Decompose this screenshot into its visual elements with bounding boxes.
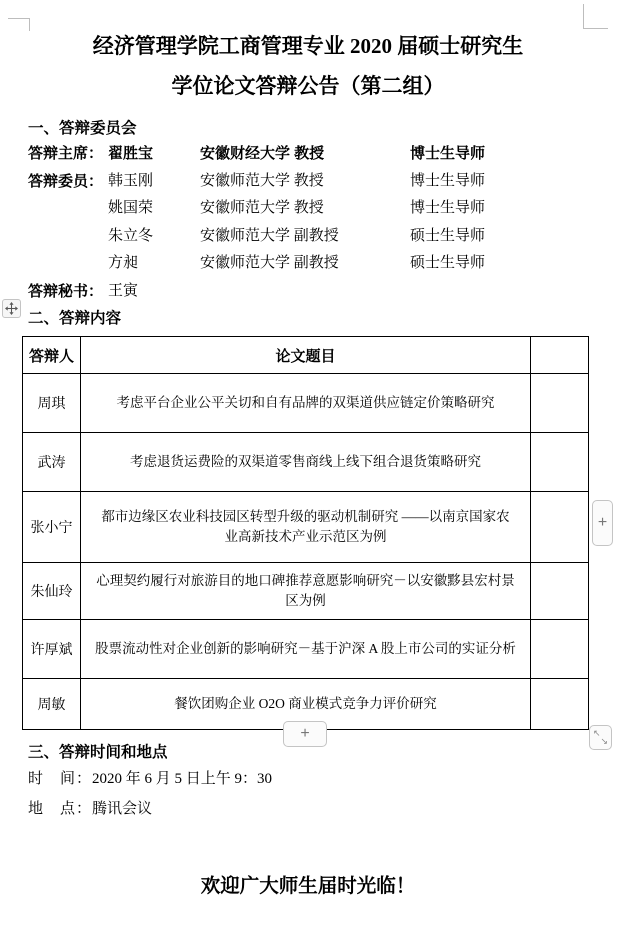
plus-icon: + (300, 725, 309, 743)
time-label: 时 间： (28, 771, 92, 787)
secretary-name: 王寅 (108, 278, 138, 306)
committee-member-name: 翟胜宝 (108, 140, 153, 168)
section1-heading: 一、答辩委员会 (28, 118, 588, 140)
committee-affiliation: 安徽师范大学 教授 (200, 195, 410, 223)
table-header-empty[interactable] (531, 337, 589, 374)
committee-affiliation: 安徽师范大学 副教授 (200, 250, 410, 278)
committee-affiliation: 安徽师范大学 副教授 (200, 223, 410, 251)
committee-member-name: 姚国荣 (108, 195, 153, 223)
table-row: 许厚斌 股票流动性对企业创新的影响研究－基于沪深 A 股上市公司的实证分析 (23, 620, 589, 679)
defender-name-cell: 许厚斌 (23, 620, 81, 679)
committee-member-name: 方昶 (108, 250, 138, 278)
defender-name-cell: 武涛 (23, 433, 81, 492)
committee-row: 答辩委员：韩玉刚 安徽师范大学 教授 博士生导师 (28, 168, 588, 196)
committee-row: 答辩主席：翟胜宝 安徽财经大学 教授 博士生导师 (28, 140, 588, 168)
resize-arrow-nw-icon: ↖ (593, 728, 601, 739)
table-header-defender: 答辩人 (23, 337, 81, 374)
committee-member-name: 韩玉刚 (108, 168, 153, 196)
table-row: 张小宁 都市边缘区农业科技园区转型升级的驱动机制研究 ——以南京国家农业高新技术… (23, 492, 589, 563)
title-line-1: 经济管理学院工商管理专业 2020 届硕士研究生 (28, 26, 588, 66)
committee-title: 硕士生导师 (410, 223, 588, 251)
table-move-handle[interactable] (2, 299, 21, 318)
section2-heading: 二、答辩内容 (28, 308, 588, 330)
secretary-label: 答辩秘书： (28, 278, 108, 306)
committee-row: 朱立冬 安徽师范大学 副教授 硕士生导师 (28, 223, 588, 251)
defender-name-cell: 周琪 (23, 374, 81, 433)
empty-cell[interactable] (531, 433, 589, 492)
thesis-title-cell: 都市边缘区农业科技园区转型升级的驱动机制研究 ——以南京国家农业高新技术产业示范… (81, 492, 531, 563)
thesis-title-cell: 股票流动性对企业创新的影响研究－基于沪深 A 股上市公司的实证分析 (81, 620, 531, 679)
committee-row: 姚国荣 安徽师范大学 教授 博士生导师 (28, 195, 588, 223)
table-row: 武涛 考虑退货运费险的双渠道零售商线上线下组合退货策略研究 (23, 433, 589, 492)
empty-cell[interactable] (531, 374, 589, 433)
committee-row: 方昶 安徽师范大学 副教授 硕士生导师 (28, 250, 588, 278)
committee-title: 博士生导师 (410, 195, 588, 223)
committee-role-label: 答辩委员： (28, 168, 108, 196)
title-line-2: 学位论文答辩公告（第二组） (28, 66, 588, 106)
thesis-title-cell: 考虑退货运费险的双渠道零售商线上线下组合退货策略研究 (81, 433, 531, 492)
committee-title: 硕士生导师 (410, 250, 588, 278)
committee-affiliation: 安徽财经大学 教授 (200, 140, 410, 168)
thesis-title-cell: 心理契约履行对旅游目的地口碑推荐意愿影响研究－以安徽黟县宏村景区为例 (81, 563, 531, 620)
committee-affiliation: 安徽师范大学 教授 (200, 168, 410, 196)
table-row: 周琪 考虑平台企业公平关切和自有品牌的双渠道供应链定价策略研究 (23, 374, 589, 433)
four-way-arrow-icon (5, 302, 18, 315)
document-title: 经济管理学院工商管理专业 2020 届硕士研究生 学位论文答辩公告（第二组） (28, 26, 588, 106)
committee-role-label (28, 195, 108, 223)
committee-role-label: 答辩主席： (28, 140, 108, 168)
welcome-message: 欢迎广大师生届时光临！ (28, 870, 588, 898)
plus-icon: + (598, 514, 607, 532)
defender-name-cell: 朱仙玲 (23, 563, 81, 620)
empty-cell[interactable] (531, 679, 589, 730)
defense-place-line: 地 点：腾讯会议 (28, 794, 588, 824)
defender-name-cell: 周敏 (23, 679, 81, 730)
table-header-thesis-title: 论文题目 (81, 337, 531, 374)
place-value: 腾讯会议 (92, 801, 152, 817)
committee-role-label (28, 223, 108, 251)
empty-cell[interactable] (531, 620, 589, 679)
empty-cell[interactable] (531, 563, 589, 620)
empty-cell[interactable] (531, 492, 589, 563)
place-label: 地 点： (28, 801, 92, 817)
table-header-row: 答辩人 论文题目 (23, 337, 589, 374)
defense-time-line: 时 间：2020 年 6 月 5 日上午 9：30 (28, 764, 588, 794)
committee-member-name: 朱立冬 (108, 223, 153, 251)
table-row: 朱仙玲 心理契约履行对旅游目的地口碑推荐意愿影响研究－以安徽黟县宏村景区为例 (23, 563, 589, 620)
thesis-title-cell: 考虑平台企业公平关切和自有品牌的双渠道供应链定价策略研究 (81, 374, 531, 433)
page-corner-mark-top-right (583, 4, 608, 29)
defense-table: 答辩人 论文题目 周琪 考虑平台企业公平关切和自有品牌的双渠道供应链定价策略研究… (22, 336, 589, 730)
page-corner-mark-top-left (8, 18, 30, 31)
time-value: 2020 年 6 月 5 日上午 9：30 (92, 771, 272, 787)
document-page: 经济管理学院工商管理专业 2020 届硕士研究生 学位论文答辩公告（第二组） 一… (0, 0, 618, 945)
insert-row-button-right[interactable]: + (592, 500, 613, 546)
resize-arrow-se-icon: ↘ (600, 736, 608, 747)
insert-row-button-bottom[interactable]: + (283, 721, 327, 747)
committee-title: 博士生导师 (410, 168, 588, 196)
committee-list: 答辩主席：翟胜宝 安徽财经大学 教授 博士生导师 答辩委员：韩玉刚 安徽师范大学… (28, 140, 588, 305)
secretary-row: 答辩秘书：王寅 (28, 278, 588, 306)
defender-name-cell: 张小宁 (23, 492, 81, 563)
committee-title: 博士生导师 (410, 140, 588, 168)
committee-role-label (28, 250, 108, 278)
table-resize-handle[interactable]: ↖ ↘ (589, 725, 612, 750)
